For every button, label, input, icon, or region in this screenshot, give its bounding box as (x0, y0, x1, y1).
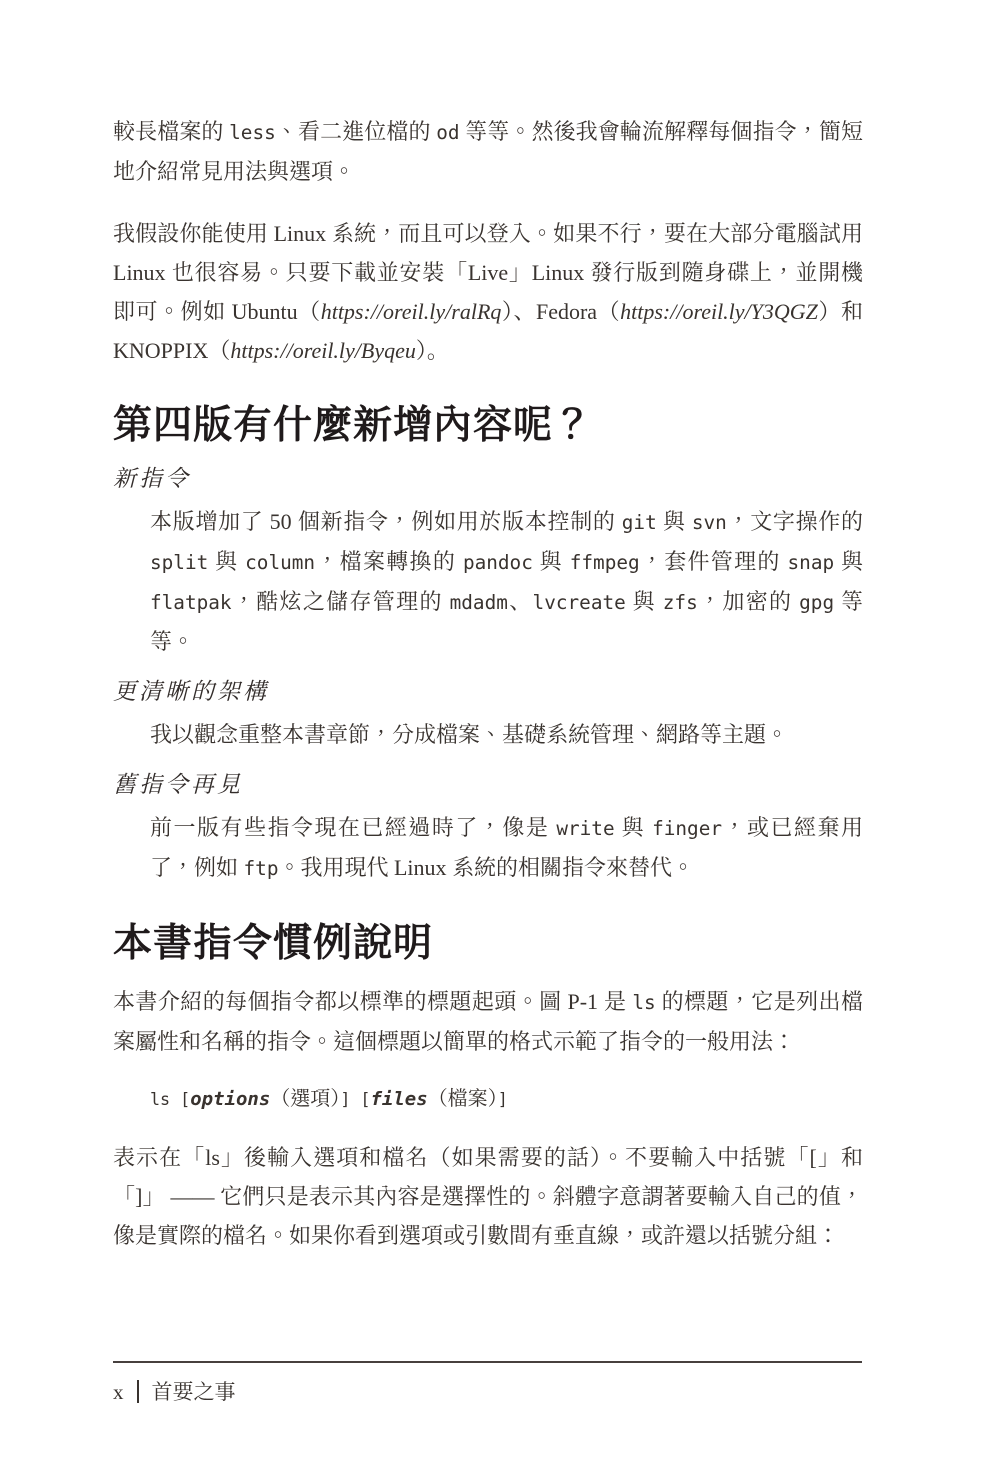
text-segment-cjk: 表示在「ls」後輸入選項和檔名（如果需要的話）。不要輸入中括號「[」和「]」 —… (113, 1145, 863, 1248)
text-segment-code: ] [ (340, 1089, 370, 1109)
code-usage-ls: ls [options（選項）] [files（檔案）] (150, 1084, 863, 1114)
book-page: 較長檔案的 less、看二進位檔的 od 等等。然後我會輪流解釋每個指令，簡短地… (0, 0, 1000, 1484)
whats-new-definition-list: 新指令 本版增加了 50 個新指令，例如用於版本控制的 git 與 svn，文字… (113, 464, 863, 888)
text-segment-url: https://oreil.ly/Byqeu (230, 338, 416, 363)
text-segment-cjk: 與 (626, 589, 663, 614)
paragraph-try-linux: 我假設你能使用 Linux 系統，而且可以登入。如果不行，要在大部分電腦試用 L… (113, 214, 863, 370)
term-clearer-structure: 更清晰的架構 (113, 677, 863, 707)
text-segment-cjk: 、看二進位檔的 (276, 119, 436, 144)
text-segment-cjk: 前一版有些指令現在已經過時了，像是 (150, 815, 556, 840)
text-segment-cjk: ）、Fedora（ (501, 299, 620, 324)
text-segment-kai: （選項） (270, 1088, 340, 1110)
definition-goodbye-old-commands: 前一版有些指令現在已經過時了，像是 write 與 finger，或已經棄用了，… (150, 808, 863, 888)
text-segment-code: less (229, 121, 276, 144)
text-segment-cjk: ，加密的 (698, 589, 799, 614)
text-segment-cjk: 與 (657, 509, 692, 534)
text-segment-cjk: ，套件管理的 (640, 549, 788, 574)
section-heading-whats-new: 第四版有什麼新增內容呢？ (113, 402, 863, 450)
text-segment-code: pandoc (463, 551, 533, 574)
section-heading-conventions: 本書指令慣例說明 (113, 920, 863, 968)
text-segment-cjk: ，文字操作的 (727, 509, 863, 534)
text-segment-code: lvcreate (533, 591, 626, 614)
text-segment-code: git (622, 511, 657, 534)
text-segment-cjk: 我以觀念重整本書章節，分成檔案、基礎系統管理、網路等主題。 (150, 722, 788, 747)
paragraph-intro-continued: 較長檔案的 less、看二進位檔的 od 等等。然後我會輪流解釋每個指令，簡短地… (113, 112, 863, 191)
text-segment-var: options (190, 1088, 270, 1110)
text-segment-code: svn (692, 511, 727, 534)
text-segment-code: ls (632, 991, 655, 1014)
text-segment-url: https://oreil.ly/ralRq (321, 299, 502, 324)
text-segment-code: snap (788, 551, 835, 574)
text-segment-code: od (436, 121, 459, 144)
text-segment-cjk: ，檔案轉換的 (315, 549, 463, 574)
text-segment-code: finger (652, 817, 722, 840)
term-goodbye-old-commands: 舊指令再見 (113, 770, 863, 800)
text-segment-code: zfs (663, 591, 698, 614)
text-segment-cjk: 、 (508, 589, 533, 614)
text-segment-cjk: 與 (208, 549, 245, 574)
text-segment-cjk: 較長檔案的 (113, 119, 229, 144)
text-segment-cjk: 。我用現代 Linux 系統的相關指令來替代。 (278, 855, 694, 880)
footer-divider (137, 1380, 139, 1403)
text-segment-kai: （檔案） (428, 1088, 498, 1110)
definition-new-commands: 本版增加了 50 個新指令，例如用於版本控制的 git 與 svn，文字操作的 … (150, 502, 863, 661)
text-segment-cjk: ）。 (416, 338, 449, 363)
definition-clearer-structure: 我以觀念重整本書章節，分成檔案、基礎系統管理、網路等主題。 (150, 715, 863, 754)
term-new-commands: 新指令 (113, 464, 863, 494)
footer-section-title: 首要之事 (152, 1380, 236, 1404)
text-segment-code: write (556, 817, 614, 840)
paragraph-conventions-intro: 本書介紹的每個指令都以標準的標題起頭。圖 P-1 是 ls 的標題，它是列出檔案… (113, 982, 863, 1061)
text-segment-url: https://oreil.ly/Y3QGZ (620, 299, 818, 324)
text-segment-code: column (245, 551, 315, 574)
text-segment-code: gpg (799, 591, 834, 614)
page-content: 較長檔案的 less、看二進位檔的 od 等等。然後我會輪流解釋每個指令，簡短地… (113, 112, 863, 1255)
text-segment-cjk: 本書介紹的每個指令都以標準的標題起頭。圖 P-1 是 (113, 989, 632, 1014)
paragraph-conventions-detail: 表示在「ls」後輸入選項和檔名（如果需要的話）。不要輸入中括號「[」和「]」 —… (113, 1138, 863, 1255)
text-segment-code: ftp (244, 857, 279, 880)
text-segment-code: split (150, 551, 208, 574)
text-segment-var: files (370, 1088, 427, 1110)
page-number: x (113, 1380, 124, 1404)
text-segment-code: mdadm (450, 591, 508, 614)
text-segment-code: ] (498, 1089, 508, 1109)
page-footer: x首要之事 (113, 1361, 862, 1406)
text-segment-cjk: 與 (615, 815, 652, 840)
text-segment-cjk: ，酷炫之儲存管理的 (232, 589, 450, 614)
text-segment-code: ffmpeg (570, 551, 640, 574)
text-segment-cjk: 與 (834, 549, 863, 574)
text-segment-cjk: 本版增加了 50 個新指令，例如用於版本控制的 (150, 509, 622, 534)
text-segment-code: ls [ (150, 1089, 190, 1109)
text-segment-cjk: 與 (533, 549, 570, 574)
text-segment-code: flatpak (150, 591, 232, 614)
